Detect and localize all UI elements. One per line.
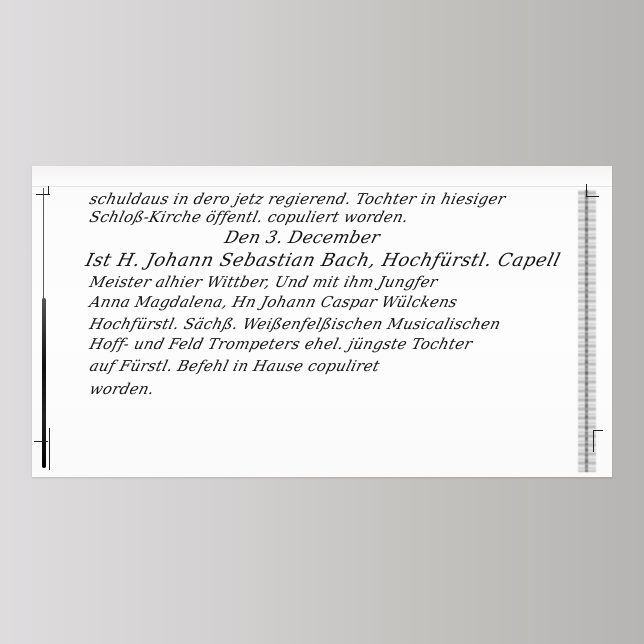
paper-edge-rule [32, 186, 612, 187]
binding-shadow [585, 190, 588, 472]
binding-shadow [42, 298, 46, 468]
text-line-2: Schloß-Kirche öffentl. copuliert worden. [88, 208, 411, 226]
margin-line-secondary [49, 428, 50, 470]
text-line-5: Meister alhier Wittber, Und mit ihm Jung… [88, 273, 440, 291]
text-line-6: Anna Magdalena, Hn Johann Caspar Wülcken… [88, 293, 460, 311]
crop-mark-top-right [587, 196, 599, 197]
text-line-7: Hochfürstl. Sächß. Weißenfelßischen Musi… [88, 315, 503, 333]
document-print: schuldaus in dero jetz regierend. Tochte… [32, 166, 612, 477]
crop-mark-top-right-vertical [586, 184, 587, 197]
text-line-9: auf Fürstl. Befehl in Hause copuliret [88, 357, 382, 375]
crop-mark-bottom-left [34, 441, 48, 442]
text-line-10: worden. [88, 380, 157, 398]
crop-mark-bottom-right [593, 430, 603, 431]
text-line-8: Hoff- und Feld Trompeters ehel. jüngste … [88, 335, 475, 353]
text-line-4: Ist H. Johann Sebastian Bach, Hochfürstl… [83, 250, 562, 271]
date-heading: Den 3. December [223, 228, 383, 248]
left-binding-margin [42, 188, 46, 468]
crop-mark-top-left-vertical [48, 186, 49, 195]
text-line-1: schuldaus in dero jetz regierend. Tochte… [88, 190, 508, 208]
crop-mark-bottom-right-vertical [593, 430, 594, 452]
